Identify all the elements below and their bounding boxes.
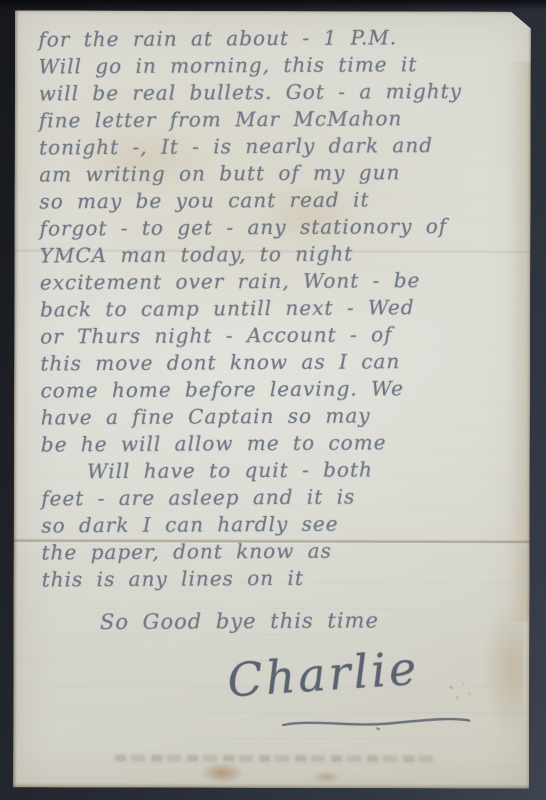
letter-line: so may be you cant read it — [39, 186, 515, 216]
signature: Charlie — [226, 641, 421, 708]
letter-line: come home before leaving. We — [40, 375, 516, 405]
signature-flourish — [281, 713, 471, 731]
letter-line: so dark I can hardly see — [41, 510, 517, 540]
letter-body: for the rain at about - 1 P.M. Will go i… — [38, 24, 518, 637]
letter-line: feet - are asleep and it is — [41, 483, 517, 513]
letter-line: Will go in morning, this time it — [38, 51, 514, 81]
letter-paper: for the rain at about - 1 P.M. Will go i… — [13, 10, 531, 788]
letter-line: tonight -, It - is nearly dark and — [39, 132, 515, 162]
letter-line: or Thurs night - Account - of — [40, 321, 516, 351]
letter-line: fine letter from Mar McMahon — [39, 105, 515, 135]
letter-line: be he will allow me to come — [41, 429, 517, 459]
letter-line: excitement over rain, Wont - be — [40, 267, 516, 297]
letter-line: forgot - to get - any stationory of — [39, 213, 515, 243]
faded-print-imprint — [115, 755, 437, 763]
photo-background: for the rain at about - 1 P.M. Will go i… — [0, 0, 546, 800]
letter-line: am writing on butt of my gun — [39, 159, 515, 189]
letter-line: this is any lines on it — [42, 564, 518, 594]
letter-closing: So Good bye this time — [42, 607, 518, 637]
letter-line: the paper, dont know as — [41, 537, 517, 567]
paper-stain — [313, 771, 339, 783]
letter-line: this move dont know as I can — [40, 348, 516, 378]
letter-line: YMCA man today, to night — [40, 240, 516, 270]
letter-line: back to camp untill next - Wed — [40, 294, 516, 324]
letter-line: for the rain at about - 1 P.M. — [38, 24, 514, 54]
paper-stain — [441, 679, 477, 705]
letter-line: will be real bullets. Got - a mighty — [39, 78, 515, 108]
letter-line: Will have to quit - both — [41, 456, 517, 486]
paper-stain — [201, 763, 243, 783]
letter-line: have a fine Captain so may — [41, 402, 517, 432]
